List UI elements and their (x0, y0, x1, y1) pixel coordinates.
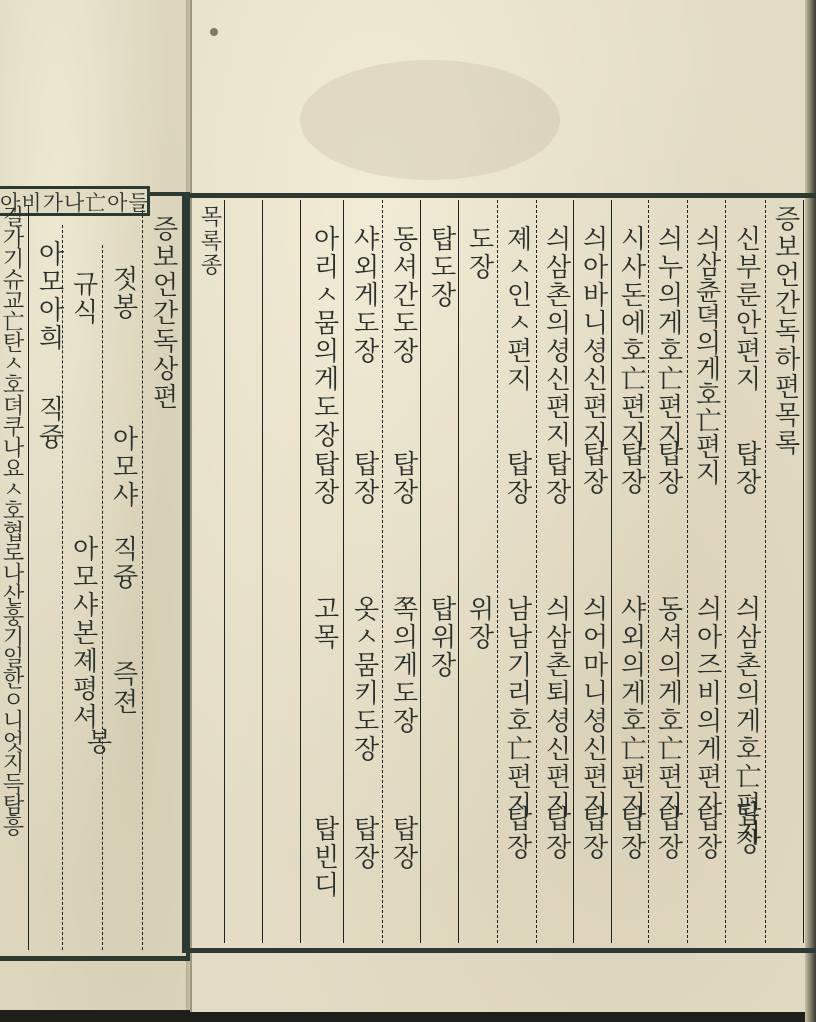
ink-spot (210, 28, 218, 36)
toc-reply: 탑장 (614, 805, 648, 861)
toc-section: 위장 (462, 595, 496, 651)
column-divider (142, 205, 143, 950)
column-divider (343, 200, 344, 943)
toc-entry: 샤외게도장 (347, 225, 381, 365)
toc-reply: 탑장 (729, 440, 763, 496)
column-divider (611, 200, 612, 943)
column-divider (458, 200, 459, 943)
toc-entry: 싀삼촌퇴셩신편지 (539, 595, 573, 819)
column-divider (262, 200, 263, 943)
left-col-text: 규식 (66, 270, 100, 326)
toc-entry: 싀누의게호亡편지 (651, 225, 685, 449)
toc-end-marker: 목록종 (192, 205, 226, 277)
toc-entry: 졔ㅅ인ㅅ편지 (500, 225, 534, 393)
column-divider (765, 200, 766, 943)
toc-reply: 탑장 (576, 805, 610, 861)
column-divider (28, 205, 29, 950)
left-col-text: 아모샤본졔평셔 (66, 535, 100, 731)
left-col-text: 길가기슈교亡탄ㅅ호뎌쿠나요ㅅ호협로나산훙기일한ㅇ니엇지득탐흥 (0, 205, 26, 835)
toc-entry: 시사돈에호亡편지 (614, 225, 648, 449)
toc-reply: 탑장 (386, 450, 420, 506)
toc-entry: 아리ㅅ뭄의게도장 (307, 225, 341, 449)
toc-entry: 신부룬안편지 (729, 225, 763, 393)
toc-entry: 옷ㅅ뭄키도장 (347, 595, 381, 763)
left-col-text: 직즁 (32, 395, 66, 451)
toc-reply: 탑장 (307, 450, 341, 506)
column-divider (573, 200, 574, 943)
column-divider (300, 200, 301, 943)
toc-title: 증보언간독하편목록 (768, 205, 802, 457)
toc-section: 도장 (462, 225, 496, 281)
toc-entry: 남남기리호亡편지 (500, 595, 534, 819)
toc-reply: 탑장 (539, 805, 573, 861)
left-col-text: 아모아희 (32, 240, 66, 352)
toc-entry: 싀삼촌의셩신편지 (539, 225, 573, 449)
toc-reply: 탑장 (500, 450, 534, 506)
column-divider (648, 200, 649, 943)
toc-entry: 싀아즈비의게편자 (690, 595, 724, 819)
column-divider (102, 245, 103, 950)
left-col-text: 즉젼 (106, 660, 140, 716)
left-col-text: 젓봉 (106, 265, 140, 321)
column-divider (803, 200, 804, 943)
toc-entry: 싀삼츈뎍의게호亡편지 (690, 225, 721, 485)
left-col-text: 아모샤 (106, 425, 140, 509)
column-divider (497, 200, 498, 943)
toc-entry: 고목 (307, 595, 341, 651)
toc-reply: 탑장 (651, 805, 685, 861)
left-col-text: 봉 (80, 728, 114, 756)
column-divider (687, 200, 688, 943)
toc-reply: 탑장 (347, 815, 381, 871)
toc-reply: 탑장 (576, 440, 610, 496)
toc-entry: 샤외의게호亡편지 (614, 595, 648, 819)
column-divider (420, 200, 421, 943)
toc-entry: 동셔의게호亡편지 (651, 595, 685, 819)
toc-reply: 탑장 (386, 815, 420, 871)
toc-reply: 탑빈디 (307, 815, 341, 899)
column-divider (224, 200, 225, 943)
column-divider (725, 200, 726, 943)
toc-reply: 탑장 (651, 440, 685, 496)
toc-section: 탑도장 (424, 225, 458, 309)
toc-reply: 탑장 (539, 450, 573, 506)
paper-stain (300, 60, 560, 180)
toc-entry: 싀어마니셩신편지 (576, 595, 610, 819)
toc-section: 탑위장 (424, 595, 458, 679)
toc-reply: 탑장 (500, 805, 534, 861)
toc-reply: 탑장 (729, 800, 763, 856)
toc-entry: 싀아바니셩신편지 (576, 225, 610, 449)
column-divider (536, 200, 537, 943)
toc-reply: 탑장 (614, 440, 648, 496)
toc-entry: 쪽의게도장 (386, 595, 420, 735)
left-col-text: 직즁 (106, 535, 140, 591)
column-divider (382, 200, 383, 943)
toc-entry: 동셔간도장 (386, 225, 420, 365)
left-volume-title: 증보언간독상편 (146, 215, 180, 411)
toc-reply: 탑장 (347, 450, 381, 506)
